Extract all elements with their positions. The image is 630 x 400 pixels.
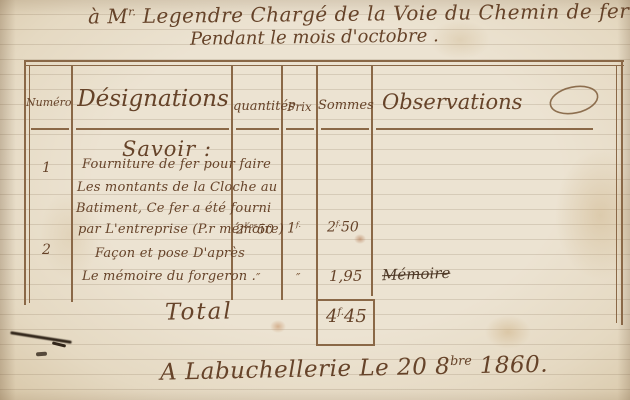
column-header-observations: Observations <box>382 90 562 114</box>
header-underline <box>321 128 369 130</box>
header-underline <box>76 128 229 130</box>
designation-line: Le mémoire du forgeron . <box>82 269 256 284</box>
addressee-text: à M <box>88 4 129 28</box>
ditto-mark-price: ″ <box>296 271 300 285</box>
sum-value-1: 2f.50 <box>327 219 359 236</box>
total-whole: 4 <box>326 306 337 327</box>
column-header-numero: Numéro <box>26 96 71 109</box>
footer-year: 1860. <box>472 352 549 380</box>
table-border-right-outer <box>621 60 623 325</box>
table-border-top-outer <box>24 60 624 62</box>
paper-stain <box>485 315 531 349</box>
table-border-right-inner <box>616 65 617 323</box>
footer-text: A Labuchellerie Le 20 8 <box>160 354 451 386</box>
designation-line: Batiment, Ce fer a été fourni <box>76 201 271 216</box>
total-label: Total <box>165 298 233 325</box>
header-underline <box>236 128 279 130</box>
designation-line: Façon et pose D'après <box>95 246 245 261</box>
flourish-icon <box>544 80 604 120</box>
ink-smear <box>10 331 72 344</box>
addressee-superscript: r. <box>128 5 136 18</box>
designation-line: Fourniture de fer pour faire <box>82 157 271 172</box>
footer-superscript: bre <box>450 353 472 368</box>
observation-note: Mémoire <box>382 264 451 284</box>
quantity-frac: 50 <box>257 222 274 237</box>
sum-whole: 2 <box>327 220 336 236</box>
period-line: Pendant le mois d'octobre . <box>190 25 439 49</box>
table-border-top-inner <box>24 65 624 66</box>
quantity-unit: Kos <box>244 221 257 230</box>
total-frac: 45 <box>344 306 367 327</box>
scanned-ledger-page: à Mr. Legendre Chargé de la Voie du Chem… <box>0 0 630 400</box>
header-underline <box>31 128 69 130</box>
ink-smear <box>36 352 47 357</box>
designation-line: Les montants de la Cloche au <box>77 180 277 195</box>
column-header-prix: Prix <box>283 100 316 114</box>
header-underline <box>376 128 593 130</box>
ditto-mark-quantity: ″ <box>256 271 260 285</box>
column-header-quantites: quantités <box>233 99 281 114</box>
addressee-rest: Legendre Chargé de la Voie du Chemin de … <box>136 0 630 28</box>
price-value: 1f. <box>287 220 301 237</box>
row-number-1: 1 <box>42 160 51 176</box>
sum-frac: 50 <box>341 220 359 236</box>
price-whole: 1 <box>287 221 296 237</box>
column-header-designations: Désignations <box>75 86 231 112</box>
header-underline <box>286 128 314 130</box>
column-header-sommes: Sommes <box>318 98 371 113</box>
price-unit: f. <box>296 220 301 229</box>
total-value: 4f.45 <box>326 306 367 327</box>
place-date-line: A Labuchellerie Le 20 8bre 1860. <box>160 351 549 386</box>
addressee-line: à Mr. Legendre Chargé de la Voie du Chem… <box>88 0 558 28</box>
row-number-2: 2 <box>42 242 51 258</box>
paper-stain <box>270 320 286 333</box>
quantity-value: 2Kos50 <box>236 221 274 237</box>
paper-stain <box>555 150 630 280</box>
sum-value-2: 1,95 <box>329 267 362 285</box>
